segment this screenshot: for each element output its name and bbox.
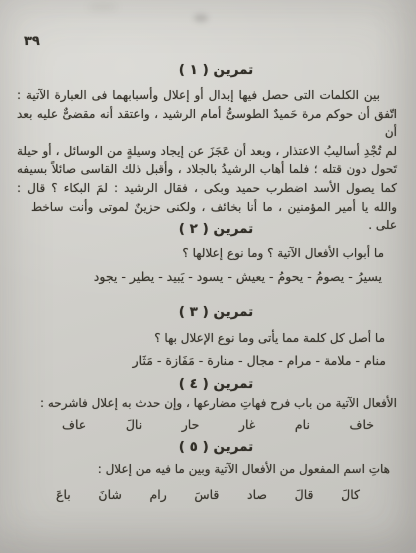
paragraph-line: لم تُجْدِ أساليبُ الاعتذار ، وبعد أن عَج… bbox=[17, 142, 397, 161]
paragraph-line: تَحول دون قتله ؛ فلما أهاب الرشيدُ بالجل… bbox=[17, 160, 397, 179]
exercise-5-words: كالَ قالَ صاد قاسَ رام شانَ باعَ bbox=[56, 487, 360, 502]
word-item: نالَ bbox=[126, 417, 142, 432]
word-item: شانَ bbox=[98, 487, 121, 502]
page-number: ٣٩ bbox=[24, 34, 40, 49]
book-page: ٣٩ تمرين ( ١ ) بين الكلمات التى حصل فيها… bbox=[0, 0, 416, 553]
exercise-1-title: تمرين ( ١ ) bbox=[26, 62, 406, 78]
exercise-5-title: تمرين ( ٥ ) bbox=[26, 439, 406, 455]
exercise-4-title: تمرين ( ٤ ) bbox=[26, 376, 406, 392]
paragraph-line: بين الكلمات التى حصل فيها إبدال أو إعلال… bbox=[17, 86, 397, 105]
exercise-1-paragraph: بين الكلمات التى حصل فيها إبدال أو إعلال… bbox=[17, 86, 397, 235]
word-item: عاف bbox=[62, 417, 86, 432]
word-item: صاد bbox=[247, 487, 267, 502]
paper-smudge bbox=[88, 4, 118, 10]
word-item: كالَ bbox=[341, 487, 360, 502]
word-item: قاسَ bbox=[194, 487, 219, 502]
word-item: قالَ bbox=[295, 487, 314, 502]
exercise-4-words: خاف نام غار حار نالَ عاف bbox=[62, 417, 374, 432]
exercise-5-question: هاتِ اسم المفعول من الأفعال الآتية وبين … bbox=[18, 462, 398, 476]
word-item: حار bbox=[182, 417, 200, 432]
word-item: خاف bbox=[350, 417, 375, 432]
word-item: نام bbox=[295, 417, 310, 432]
exercise-3-title: تمرين ( ٣ ) bbox=[26, 304, 406, 320]
word-item: رام bbox=[149, 487, 166, 502]
paragraph-line: اتّفق أن حوكم مرة حَميدٌ الطوسىُّ أمام ا… bbox=[17, 105, 397, 142]
exercise-4-question: الأفعال الآتية من باب فرح فهاتِ مضارعها … bbox=[18, 396, 398, 410]
exercise-3-words: منام - ملامة - مرام - مجال - منارة - مَف… bbox=[18, 353, 398, 368]
exercise-2-question: ما أبواب الأفعال الآتية ؟ وما نوع إعلاله… bbox=[18, 246, 398, 260]
paper-smudge bbox=[194, 14, 208, 22]
word-item: باعَ bbox=[56, 487, 71, 502]
word-item: غار bbox=[239, 417, 255, 432]
exercise-3-question: ما أصل كل كلمة مما يأتى وما نوع الإعلال … bbox=[18, 331, 398, 345]
exercise-2-words: يسيرُ - يصومُ - يحومُ - يعيش - يسود - يَ… bbox=[18, 269, 398, 284]
exercise-2-title: تمرين ( ٢ ) bbox=[26, 221, 406, 237]
paragraph-line: كما يصول الأسد اضطرب حميد وبكى ، فقال ال… bbox=[17, 179, 397, 198]
